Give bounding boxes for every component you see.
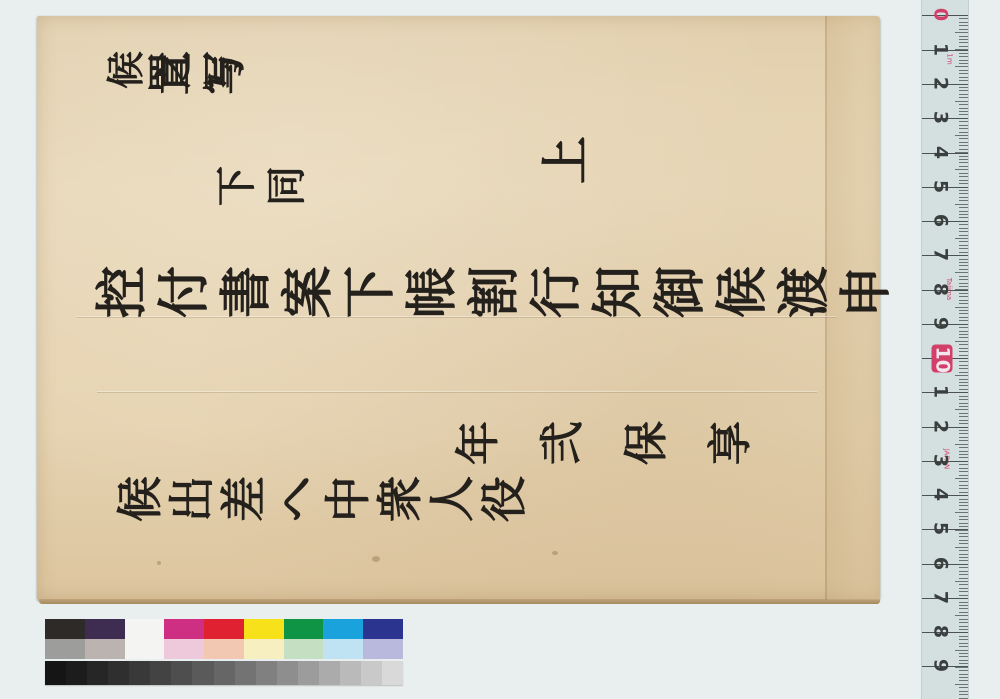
ruler-tick <box>959 612 968 613</box>
glyph: 上 <box>542 136 590 184</box>
ruler-tick <box>959 382 968 383</box>
ruler-number: 8 <box>931 278 950 302</box>
ruler-tick <box>959 533 968 534</box>
ruler-tick <box>959 104 968 105</box>
ruler-tick <box>959 296 968 297</box>
ruler-tick <box>959 197 968 198</box>
ruler-tick <box>955 650 968 651</box>
ruler-tick <box>959 365 968 366</box>
ruler-tick <box>959 73 968 74</box>
ruler-tick <box>959 636 968 637</box>
glyph: 候 <box>717 266 769 318</box>
tint-patch <box>125 639 165 659</box>
ruler-tick <box>959 454 968 455</box>
ruler-number: 10 <box>932 345 953 373</box>
ruler-tick <box>959 447 968 448</box>
color-patch-row <box>45 619 403 639</box>
ruler-tick <box>959 423 968 424</box>
ruler-tick <box>959 149 968 150</box>
ruler-tick <box>959 608 968 609</box>
gray-step <box>45 661 66 685</box>
ruler-tick <box>955 409 968 410</box>
ruler-tick <box>959 584 968 585</box>
ruler-tick <box>959 694 968 695</box>
ruler-number: 6 <box>931 552 950 576</box>
paper-stain <box>157 561 161 565</box>
ruler-tick <box>955 66 968 67</box>
gray-step <box>192 661 213 685</box>
ruler-tick <box>959 656 968 657</box>
color-calibration-chart <box>45 619 403 685</box>
ruler-tick <box>959 269 968 270</box>
ruler-tick <box>959 183 968 184</box>
glyph: 年 <box>457 421 501 465</box>
ruler-tick <box>959 451 968 452</box>
ruler-tick <box>959 680 968 681</box>
glyph: 御 <box>655 266 707 318</box>
sub-note: 同 下 <box>217 166 307 206</box>
paper-crease <box>97 391 817 392</box>
ruler-tick <box>959 18 968 19</box>
ruler-tick <box>959 571 968 572</box>
ruler-tick <box>959 519 968 520</box>
ruler-tick <box>959 331 968 332</box>
ruler-tick <box>959 653 968 654</box>
ruler-tick <box>959 231 968 232</box>
ruler-tick <box>959 437 968 438</box>
ruler-tick <box>959 162 968 163</box>
glyph: 候 <box>117 476 163 522</box>
ruler-tick <box>959 499 968 500</box>
ruler-tick <box>959 46 968 47</box>
ruler-tick <box>959 516 968 517</box>
ruler-tick <box>959 368 968 369</box>
ruler-tick <box>959 300 968 301</box>
ruler-tick <box>959 420 968 421</box>
ruler-tick <box>959 56 968 57</box>
ruler-tick <box>959 128 968 129</box>
ruler-tick <box>959 471 968 472</box>
grayscale-strip <box>45 661 403 685</box>
ruler-tick <box>959 433 968 434</box>
ruler-tick <box>955 478 968 479</box>
gray-step <box>361 661 382 685</box>
ruler-tick <box>955 307 968 308</box>
glyph: 保 <box>625 421 669 465</box>
glyph: 写 <box>203 51 241 89</box>
ruler-tick <box>959 523 968 524</box>
ruler-tick <box>959 53 968 54</box>
ruler-tick <box>959 440 968 441</box>
ruler-tick <box>955 581 968 582</box>
glyph: 衆 <box>377 476 423 522</box>
ruler-tick <box>959 626 968 627</box>
ruler-tick <box>959 385 968 386</box>
paper-stain <box>552 551 558 555</box>
ruler-number: 9 <box>931 312 950 336</box>
ruler-number: 9 <box>931 654 950 678</box>
ruler-tick <box>959 698 968 699</box>
glyph: 中 <box>325 476 371 522</box>
gray-step <box>108 661 129 685</box>
ruler-number: 7 <box>931 243 950 267</box>
tint-patch <box>244 639 284 659</box>
glyph: 役 <box>481 476 527 522</box>
ruler-tick <box>955 101 968 102</box>
gray-step <box>150 661 171 685</box>
ruler-tick <box>959 94 968 95</box>
tint-patch <box>164 639 204 659</box>
ruler-tick <box>959 176 968 177</box>
ruler-tick <box>959 293 968 294</box>
ruler-tick <box>959 125 968 126</box>
color-patch <box>244 619 284 639</box>
gray-step <box>171 661 192 685</box>
ruler-tick <box>955 375 968 376</box>
ruler-tick <box>959 156 968 157</box>
ruler-tick <box>959 355 968 356</box>
glyph: 出 <box>169 476 215 522</box>
color-patch <box>363 619 403 639</box>
ruler-tick <box>959 389 968 390</box>
glyph: 差 <box>221 476 267 522</box>
tint-patch <box>363 639 403 659</box>
ruler-tick <box>959 228 968 229</box>
ruler-tick <box>959 554 968 555</box>
ruler-tick <box>959 193 968 194</box>
color-patch <box>323 619 363 639</box>
tint-patch <box>85 639 125 659</box>
ruler-tick <box>959 543 968 544</box>
ruler-tick <box>955 272 968 273</box>
ruler-tick <box>959 97 968 98</box>
color-patch <box>85 619 125 639</box>
ruler-tick <box>959 190 968 191</box>
ruler-tick <box>959 320 968 321</box>
glyph: 下 <box>217 166 257 206</box>
glyph: 之 <box>155 51 193 89</box>
ruler-tick <box>959 488 968 489</box>
ruler-tick <box>959 259 968 260</box>
manuscript-page: 享 保 弐 年 上 申 渡 候 御 知 行 割 帳 下 案 書 付 控 役 人 … <box>37 16 880 600</box>
ruler-tick <box>959 200 968 201</box>
ruler-number: 4 <box>931 483 950 507</box>
glyph: 行 <box>531 266 583 318</box>
ruler-tick <box>959 379 968 380</box>
ruler-tick <box>959 348 968 349</box>
glyph: 弐 <box>541 421 585 465</box>
glyph: 知 <box>593 266 645 318</box>
ruler-tick <box>959 265 968 266</box>
ruler-tick <box>959 670 968 671</box>
ruler-tick <box>959 248 968 249</box>
tint-patch-row <box>45 639 403 659</box>
gray-step <box>382 661 403 685</box>
ruler-tick <box>959 413 968 414</box>
ruler-tick <box>959 540 968 541</box>
glyph: 享 <box>709 421 753 465</box>
ruler-number: 4 <box>931 141 950 165</box>
glyph: 付 <box>159 266 211 318</box>
ruler-tick <box>959 138 968 139</box>
ruler-tick <box>959 574 968 575</box>
ruler-tick <box>959 399 968 400</box>
ruler-tick <box>959 22 968 23</box>
ruler-tick <box>959 87 968 88</box>
ruler-tick <box>959 180 968 181</box>
ruler-number: 7 <box>931 586 950 610</box>
ruler-tick <box>959 468 968 469</box>
ruler-tick <box>959 145 968 146</box>
ruler-tick <box>959 42 968 43</box>
measuring-ruler: 1m Tajima JAPAN 012345678910123456789 <box>921 0 969 699</box>
ruler-tick <box>959 557 968 558</box>
ruler-tick <box>959 536 968 537</box>
color-patch <box>45 619 85 639</box>
ruler-number: 0 <box>931 3 950 27</box>
gray-step <box>298 661 319 685</box>
color-patch <box>125 619 165 639</box>
ruler-tick <box>959 317 968 318</box>
ruler-tick <box>959 224 968 225</box>
ruler-tick <box>959 344 968 345</box>
ruler-tick <box>959 241 968 242</box>
ruler-tick <box>959 605 968 606</box>
glyph: 控 <box>97 266 149 318</box>
ruler-tick <box>959 361 968 362</box>
ruler-tick <box>959 25 968 26</box>
ruler-number: 5 <box>931 517 950 541</box>
tint-patch <box>45 639 85 659</box>
ruler-tick <box>959 595 968 596</box>
ruler-tick <box>959 602 968 603</box>
ruler-tick <box>959 286 968 287</box>
glyph: 割 <box>469 266 521 318</box>
ruler-tick <box>959 39 968 40</box>
ruler-tick <box>959 639 968 640</box>
color-patch <box>164 619 204 639</box>
ruler-tick <box>959 77 968 78</box>
ruler-tick <box>959 159 968 160</box>
ruler-tick <box>959 687 968 688</box>
ruler-tick <box>959 622 968 623</box>
ruler-tick <box>959 502 968 503</box>
ruler-tick <box>959 207 968 208</box>
tint-patch <box>204 639 244 659</box>
ruler-tick <box>959 567 968 568</box>
ruler-tick <box>959 334 968 335</box>
ruler-tick <box>955 135 968 136</box>
ruler-tick <box>959 327 968 328</box>
ruler-tick <box>959 372 968 373</box>
ruler-tick <box>959 505 968 506</box>
gray-step <box>129 661 150 685</box>
ruler-tick <box>959 464 968 465</box>
ruler-tick <box>959 560 968 561</box>
ruler-tick <box>959 108 968 109</box>
glyph: ヘ <box>273 476 319 522</box>
ruler-tick <box>959 36 968 37</box>
ruler-tick <box>959 173 968 174</box>
gray-step <box>277 661 298 685</box>
ruler-tick <box>959 526 968 527</box>
color-patch <box>204 619 244 639</box>
ruler-tick <box>959 646 968 647</box>
ruler-tick <box>959 63 968 64</box>
ruler-tick <box>959 111 968 112</box>
ruler-tick <box>959 310 968 311</box>
ruler-tick <box>959 591 968 592</box>
ruler-tick <box>955 547 968 548</box>
ruler-tick <box>959 619 968 620</box>
ruler-tick <box>959 492 968 493</box>
glyph: 下 <box>345 266 397 318</box>
ruler-tick <box>959 90 968 91</box>
ruler-tick <box>959 396 968 397</box>
paper-stain <box>372 556 380 562</box>
ruler-tick <box>959 663 968 664</box>
glyph: 同 <box>267 166 307 206</box>
ruler-tick <box>959 80 968 81</box>
ruler-tick <box>959 283 968 284</box>
ruler-tick <box>959 481 968 482</box>
title-line: 申 渡 候 御 知 行 割 帳 下 案 書 付 控 <box>97 266 893 318</box>
ruler-tick <box>959 235 968 236</box>
ruler-tick <box>959 677 968 678</box>
ruler-tick <box>959 29 968 30</box>
glyph: 申 <box>841 266 893 318</box>
ruler-tick <box>955 512 968 513</box>
ruler-tick <box>959 70 968 71</box>
ruler-tick <box>959 430 968 431</box>
ruler-number: 6 <box>931 209 950 233</box>
corner-note-b: 写 之 候 <box>107 51 241 89</box>
ruler-tick <box>955 341 968 342</box>
ruler-tick <box>959 166 968 167</box>
ruler-tick <box>959 674 968 675</box>
ruler-tick <box>959 416 968 417</box>
gray-step <box>214 661 235 685</box>
ruler-tick <box>959 211 968 212</box>
ruler-tick <box>959 132 968 133</box>
ruler-number: 2 <box>931 72 950 96</box>
ruler-tick <box>959 509 968 510</box>
gray-step <box>235 661 256 685</box>
gray-step <box>256 661 277 685</box>
ruler-tick <box>959 279 968 280</box>
gray-step <box>319 661 340 685</box>
gray-step <box>87 661 108 685</box>
ruler-tick <box>959 121 968 122</box>
tint-patch <box>323 639 363 659</box>
ruler-tick <box>955 684 968 685</box>
gray-step <box>66 661 87 685</box>
ruler-tick <box>955 204 968 205</box>
glyph: 渡 <box>779 266 831 318</box>
gray-step <box>340 661 361 685</box>
ruler-tick <box>959 475 968 476</box>
glyph: 案 <box>283 266 335 318</box>
ruler-tick <box>959 276 968 277</box>
ruler-tick <box>955 615 968 616</box>
ruler-tick <box>959 252 968 253</box>
color-patch <box>284 619 324 639</box>
ruler-tick <box>955 238 968 239</box>
ruler-tick <box>959 217 968 218</box>
ruler-tick <box>959 351 968 352</box>
glyph: 人 <box>429 476 475 522</box>
ruler-tick <box>955 32 968 33</box>
ruler-tick <box>959 313 968 314</box>
ruler-tick <box>959 485 968 486</box>
ruler-number: 5 <box>931 175 950 199</box>
ruler-tick <box>959 406 968 407</box>
ruler-number: 3 <box>931 106 950 130</box>
ruler-tick <box>959 245 968 246</box>
ruler-tick <box>959 337 968 338</box>
ruler-number: 1 <box>931 38 950 62</box>
ruler-tick <box>955 169 968 170</box>
ruler-tick <box>955 444 968 445</box>
ruler-tick <box>959 214 968 215</box>
ruler-number: 1 <box>931 380 950 404</box>
ruler-tick <box>959 660 968 661</box>
ruler-tick <box>959 60 968 61</box>
ruler-number: 3 <box>931 449 950 473</box>
ruler-tick <box>959 403 968 404</box>
ruler-tick <box>959 303 968 304</box>
ruler-tick <box>959 691 968 692</box>
glyph: 候 <box>107 51 145 89</box>
author-line: 役 人 衆 中 ヘ 差 出 候 <box>117 476 527 522</box>
glyph: 帳 <box>407 266 459 318</box>
ruler-number: 8 <box>931 620 950 644</box>
date-line: 享 保 弐 年 <box>457 421 753 465</box>
ruler-tick <box>959 578 968 579</box>
ruler-tick <box>959 114 968 115</box>
ruler-tick <box>959 643 968 644</box>
ruler-tick <box>959 142 968 143</box>
ruler-tick <box>959 262 968 263</box>
ruler-tick <box>959 550 968 551</box>
ruler-tick <box>959 588 968 589</box>
tint-patch <box>284 639 324 659</box>
heading-mark: 上 <box>542 136 590 184</box>
ruler-tick <box>959 457 968 458</box>
ruler-number: 2 <box>931 415 950 439</box>
glyph: 書 <box>221 266 273 318</box>
ruler-tick <box>959 629 968 630</box>
